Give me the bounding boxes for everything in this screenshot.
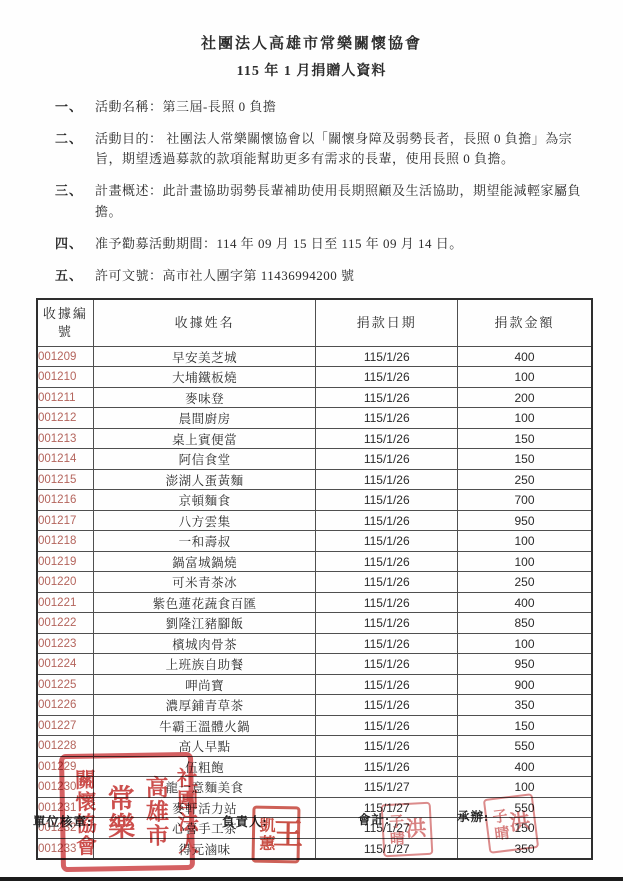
donation-date-cell: 115/1/26 [316,510,458,531]
item-number: 五、 [55,266,95,286]
item-text: 許可文號：高市社人團字第 11436994200 號 [95,266,593,286]
receipt-number-cell: 001209 [37,346,93,367]
item-number: 一、 [55,97,95,117]
donor-name-cell: 阿信食堂 [93,449,316,470]
donation-date-cell: 115/1/26 [316,736,458,757]
donation-date-cell: 115/1/26 [316,715,458,736]
organization-seal-stamp: 關懷協會 常樂 高雄市 社團法人 [59,752,195,872]
intro-section: 一、 活動名稱：第三屆-長照 0 負擔 二、 活動目的： 社團法人常樂關懷協會以… [55,97,593,286]
receipt-number-cell: 001222 [37,613,93,634]
table-row: 001212晨間廚房115/1/26100 [37,408,592,429]
donation-amount-cell: 100 [457,531,592,552]
donor-name-cell: 牛霸王溫體火鍋 [93,715,316,736]
table-row: 001223檳城肉骨茶115/1/26100 [37,633,592,654]
receipt-number-cell: 001224 [37,654,93,675]
manager-name-stamp: 凱蕙 王 [252,806,301,864]
receipt-number-cell: 001226 [37,695,93,716]
donation-date-cell: 115/1/26 [316,428,458,449]
donation-date-cell: 115/1/26 [316,531,458,552]
donor-name-cell: 桌上賓便當 [93,428,316,449]
table-row: 001222劉隆江豬腳飯115/1/26850 [37,613,592,634]
intro-item-4: 四、 准予勸募活動期間：114 年 09 月 15 日至 115 年 09 月 … [55,234,593,254]
donor-name-cell: 京頓麵食 [93,490,316,511]
donation-date-cell: 115/1/26 [316,756,458,777]
donor-name-cell: 一和壽叔 [93,531,316,552]
donation-date-cell: 115/1/26 [316,449,458,470]
accountant-name-stamp: 子晴 洪 [381,802,434,858]
table-row: 001213桌上賓便當115/1/26150 [37,428,592,449]
seal-column: 常樂 [99,761,140,864]
donor-name-cell: 上班族自助餐 [93,654,316,675]
receipt-number-cell: 001217 [37,510,93,531]
header-receipt-number: 收據編號 [37,299,93,347]
table-row: 001218一和壽叔115/1/26100 [37,531,592,552]
donation-date-cell: 115/1/26 [316,469,458,490]
donation-amount-cell: 950 [457,654,592,675]
receipt-number-cell: 001225 [37,674,93,695]
donation-date-cell: 115/1/26 [316,490,458,511]
donor-name-cell: 晨間廚房 [93,408,316,429]
item-text: 准予勸募活動期間：114 年 09 月 15 日至 115 年 09 月 14 … [95,234,593,254]
donation-date-cell: 115/1/26 [316,387,458,408]
donation-amount-cell: 150 [457,715,592,736]
donation-amount-cell: 150 [457,428,592,449]
donation-date-cell: 115/1/26 [316,613,458,634]
receipt-number-cell: 001221 [37,592,93,613]
donation-amount-cell: 150 [457,449,592,470]
scan-edge-line [0,877,623,881]
receipt-number-cell: 001211 [37,387,93,408]
header-donation-amount: 捐款金額 [457,299,592,347]
donor-name-cell: 鍋富城鍋燒 [93,551,316,572]
donation-date-cell: 115/1/27 [316,777,458,798]
donation-amount-cell: 950 [457,510,592,531]
donor-name-cell: 八方雲集 [93,510,316,531]
seal-column: 高雄市 [138,760,173,863]
donation-date-cell: 115/1/26 [316,654,458,675]
intro-item-2: 二、 活動目的： 社團法人常樂關懷協會以「關懷身障及弱勢長者，長照 0 負擔」為… [55,129,593,169]
donation-amount-cell: 700 [457,490,592,511]
donation-amount-cell: 850 [457,613,592,634]
donation-amount-cell: 900 [457,674,592,695]
donation-amount-cell: 250 [457,469,592,490]
donation-amount-cell: 350 [457,695,592,716]
stamp-given-name: 子晴 [387,813,404,848]
donation-date-cell: 115/1/26 [316,367,458,388]
receipt-number-cell: 001213 [37,428,93,449]
table-row: 001210大埔鐵板燒115/1/26100 [37,367,592,388]
stamp-surname: 王 [273,819,304,850]
item-text: 計畫概述：此計畫協助弱勢長輩補助使用長期照顧及生活協助，期望能減輕家屬負擔。 [95,181,593,221]
donor-name-cell: 大埔鐵板燒 [93,367,316,388]
header-donor-name: 收據姓名 [93,299,316,347]
seal-column: 社團法人 [171,760,203,863]
donor-name-cell: 麥味登 [93,387,316,408]
receipt-number-cell: 001223 [37,633,93,654]
donation-amount-cell: 100 [457,551,592,572]
donation-amount-cell: 100 [457,408,592,429]
donation-amount-cell: 250 [457,572,592,593]
table-row: 001214阿信食堂115/1/26150 [37,449,592,470]
receipt-number-cell: 001216 [37,490,93,511]
receipt-number-cell: 001214 [37,449,93,470]
table-row: 001216京頓麵食115/1/26700 [37,490,592,511]
donation-date-cell: 115/1/26 [316,346,458,367]
receipt-number-cell: 001227 [37,715,93,736]
header-donation-date: 捐款日期 [316,299,458,347]
donation-amount-cell: 200 [457,387,592,408]
handler-name-stamp: 子晴 洪 [483,793,539,854]
table-row: 001217八方雲集115/1/26950 [37,510,592,531]
table-row: 001224上班族自助餐115/1/26950 [37,654,592,675]
stamp-surname: 洪 [405,818,427,840]
donor-name-cell: 濃厚鋪青草茶 [93,695,316,716]
donor-name-cell: 早安美芝城 [93,346,316,367]
donation-amount-cell: 400 [457,346,592,367]
donation-date-cell: 115/1/26 [316,633,458,654]
donor-name-cell: 劉隆江豬腳飯 [93,613,316,634]
item-number: 二、 [55,129,95,169]
intro-item-1: 一、 活動名稱：第三屆-長照 0 負擔 [55,97,593,117]
donation-date-cell: 115/1/26 [316,695,458,716]
donor-name-cell: 呷尚寶 [93,674,316,695]
donation-date-cell: 115/1/26 [316,592,458,613]
table-row: 001209早安美芝城115/1/26400 [37,346,592,367]
stamp-given-name: 子晴 [490,807,509,843]
table-row: 001215澎湖人蛋黃麵115/1/26250 [37,469,592,490]
donor-name-cell: 檳城肉骨茶 [93,633,316,654]
donation-date-cell: 115/1/26 [316,674,458,695]
donation-amount-cell: 100 [457,367,592,388]
donation-amount-cell: 550 [457,736,592,757]
donation-amount-cell: 100 [457,633,592,654]
donor-name-cell: 紫色蓮花蔬食百匯 [93,592,316,613]
item-number: 四、 [55,234,95,254]
stamp-given-name: 凱蕙 [257,816,274,852]
donor-name-cell: 澎湖人蛋黃麵 [93,469,316,490]
table-row: 001219鍋富城鍋燒115/1/26100 [37,551,592,572]
table-row: 001226濃厚鋪青草茶115/1/26350 [37,695,592,716]
receipt-number-cell: 001218 [37,531,93,552]
item-text: 活動目的： 社團法人常樂關懷協會以「關懷身障及弱勢長者，長照 0 負擔」為宗旨，… [95,129,593,169]
document-page: 社團法人高雄市常樂關懷協會 115 年 1 月捐贈人資料 一、 活動名稱：第三屆… [0,0,623,888]
table-header-row: 收據編號 收據姓名 捐款日期 捐款金額 [37,299,592,347]
table-row: 001221紫色蓮花蔬食百匯115/1/26400 [37,592,592,613]
table-row: 001220可米青茶冰115/1/26250 [37,572,592,593]
donation-date-cell: 115/1/26 [316,408,458,429]
page-subtitle: 115 年 1 月捐贈人資料 [0,60,623,80]
donation-date-cell: 115/1/26 [316,572,458,593]
receipt-number-cell: 001215 [37,469,93,490]
donation-date-cell: 115/1/26 [316,551,458,572]
intro-item-5: 五、 許可文號：高市社人團字第 11436994200 號 [55,266,593,286]
item-text: 活動名稱：第三屆-長照 0 負擔 [95,97,593,117]
receipt-number-cell: 001210 [37,367,93,388]
seal-column: 關懷協會 [69,761,101,864]
stamp-surname: 洪 [508,811,531,834]
page-title: 社團法人高雄市常樂關懷協會 [0,0,623,53]
intro-item-3: 三、 計畫概述：此計畫協助弱勢長輩補助使用長期照顧及生活協助，期望能減輕家屬負擔… [55,181,593,221]
table-row: 001211麥味登115/1/26200 [37,387,592,408]
donor-name-cell: 可米青茶冰 [93,572,316,593]
donation-amount-cell: 400 [457,592,592,613]
table-row: 001225呷尚寶115/1/26900 [37,674,592,695]
receipt-number-cell: 001220 [37,572,93,593]
donation-amount-cell: 400 [457,756,592,777]
table-row: 001227牛霸王溫體火鍋115/1/26150 [37,715,592,736]
receipt-number-cell: 001219 [37,551,93,572]
item-number: 三、 [55,181,95,221]
receipt-number-cell: 001212 [37,408,93,429]
